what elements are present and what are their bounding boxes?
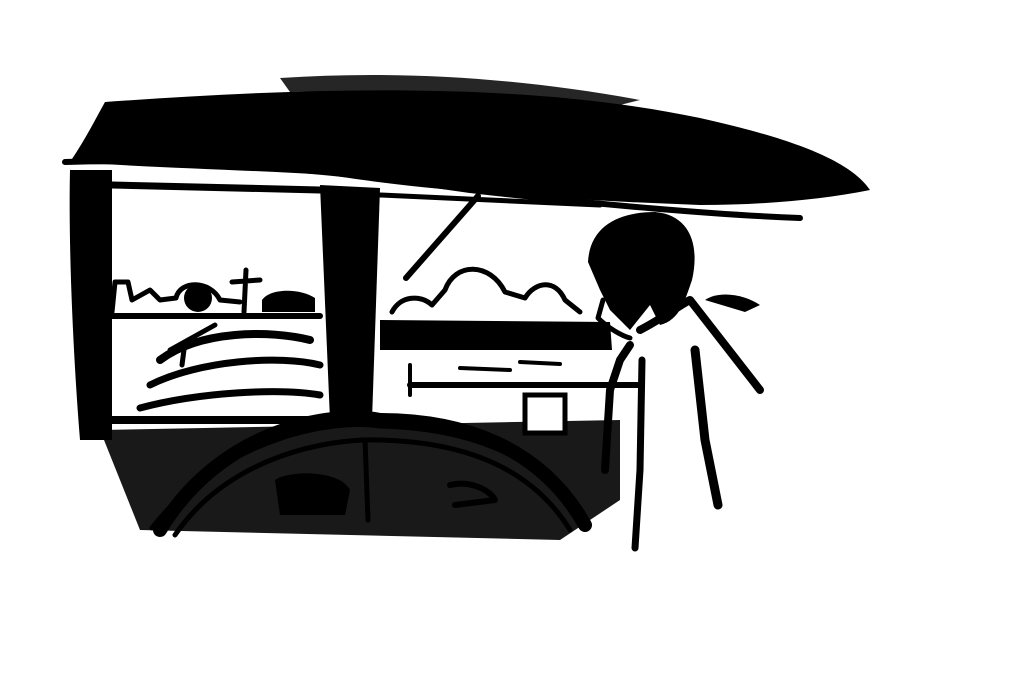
ink-illustration bbox=[0, 0, 1024, 681]
